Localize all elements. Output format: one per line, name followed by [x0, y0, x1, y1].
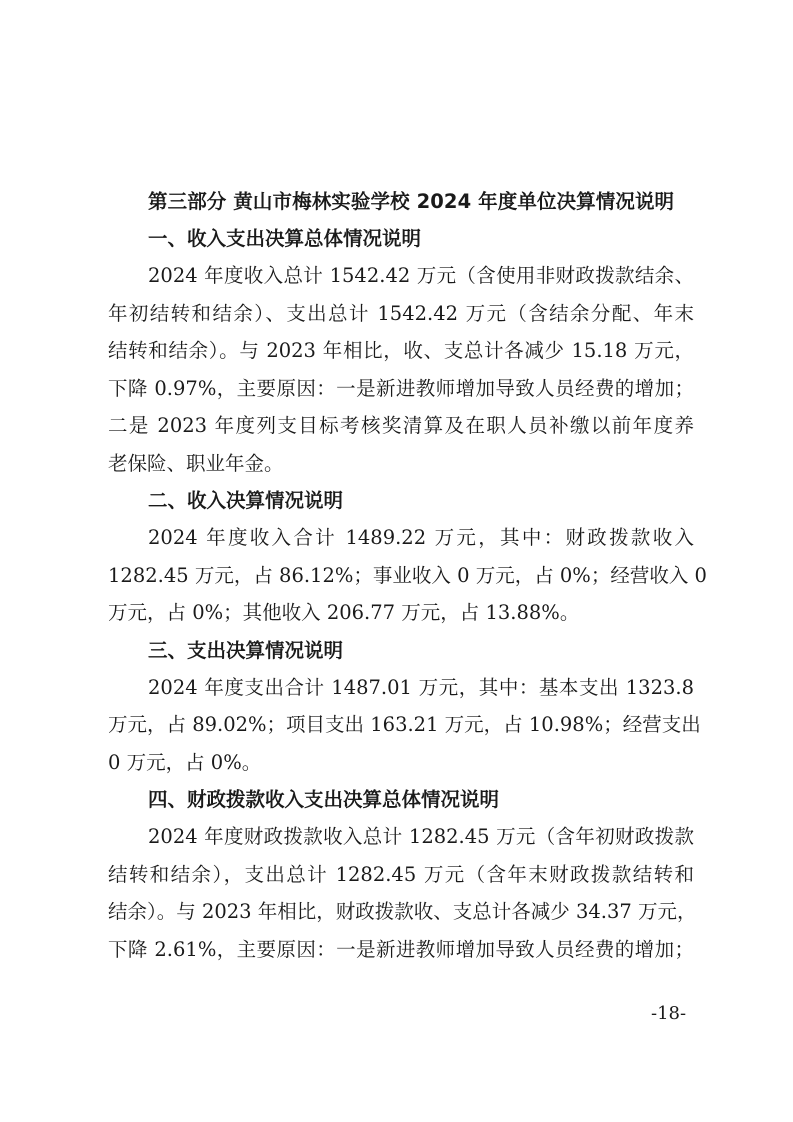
paragraph-line: 2024 年度支出合计 1487.01 万元，其中：基本支出 1323.8: [108, 669, 694, 707]
paragraph-line: 二是 2023 年度列支目标考核奖清算及在职人员补缴以前年度养: [108, 407, 694, 445]
paragraph-line: 结转和结余），支出总计 1282.45 万元（含年末财政拨款结转和: [108, 856, 694, 894]
paragraph-line: 下降 2.61%，主要原因：一是新进教师增加导致人员经费的增加；: [108, 931, 694, 969]
section-heading: 一、收入支出决算总体情况说明: [108, 220, 694, 257]
paragraph-line: 年初结转和结余）、支出总计 1542.42 万元（含结余分配、年末: [108, 295, 694, 333]
paragraph-line: 万元，占 89.02%；项目支出 163.21 万元，占 10.98%；经营支出: [108, 706, 694, 744]
document-page: 第三部分 黄山市梅林实验学校 2024 年度单位决算情况说明 一、收入支出决算总…: [108, 183, 694, 968]
section-heading: 三、支出决算情况说明: [108, 632, 694, 669]
page-number: -18-: [651, 1002, 686, 1026]
document-title: 第三部分 黄山市梅林实验学校 2024 年度单位决算情况说明: [108, 183, 694, 220]
paragraph-line: 2024 年度财政拨款收入总计 1282.45 万元（含年初财政拨款: [108, 818, 694, 856]
paragraph-line: 1282.45 万元，占 86.12%；事业收入 0 万元，占 0%；经营收入 …: [108, 557, 694, 595]
section-expenditure: 三、支出决算情况说明 2024 年度支出合计 1487.01 万元，其中：基本支…: [108, 632, 694, 782]
section-paragraph: 2024 年度财政拨款收入总计 1282.45 万元（含年初财政拨款 结转和结余…: [108, 818, 694, 968]
paragraph-line: 结余）。与 2023 年相比，财政拨款收、支总计各减少 34.37 万元，: [108, 893, 694, 931]
section-income: 二、收入决算情况说明 2024 年度收入合计 1489.22 万元，其中：财政拨…: [108, 482, 694, 632]
paragraph-line: 万元，占 0%；其他收入 206.77 万元，占 13.88%。: [108, 594, 694, 632]
paragraph-line: 0 万元，占 0%。: [108, 744, 694, 782]
paragraph-line: 下降 0.97%，主要原因：一是新进教师增加导致人员经费的增加；: [108, 370, 694, 408]
section-fiscal-appropriation: 四、财政拨款收入支出决算总体情况说明 2024 年度财政拨款收入总计 1282.…: [108, 781, 694, 968]
section-paragraph: 2024 年度收入总计 1542.42 万元（含使用非财政拨款结余、 年初结转和…: [108, 257, 694, 482]
section-paragraph: 2024 年度支出合计 1487.01 万元，其中：基本支出 1323.8 万元…: [108, 669, 694, 782]
section-paragraph: 2024 年度收入合计 1489.22 万元，其中：财政拨款收入 1282.45…: [108, 519, 694, 632]
paragraph-line: 结转和结余）。与 2023 年相比，收、支总计各减少 15.18 万元，: [108, 332, 694, 370]
section-heading: 四、财政拨款收入支出决算总体情况说明: [108, 781, 694, 818]
paragraph-line: 老保险、职业年金。: [108, 445, 694, 483]
paragraph-line: 2024 年度收入合计 1489.22 万元，其中：财政拨款收入: [108, 519, 694, 557]
section-heading: 二、收入决算情况说明: [108, 482, 694, 519]
paragraph-line: 2024 年度收入总计 1542.42 万元（含使用非财政拨款结余、: [108, 257, 694, 295]
section-overall-income-expenditure: 一、收入支出决算总体情况说明 2024 年度收入总计 1542.42 万元（含使…: [108, 220, 694, 482]
